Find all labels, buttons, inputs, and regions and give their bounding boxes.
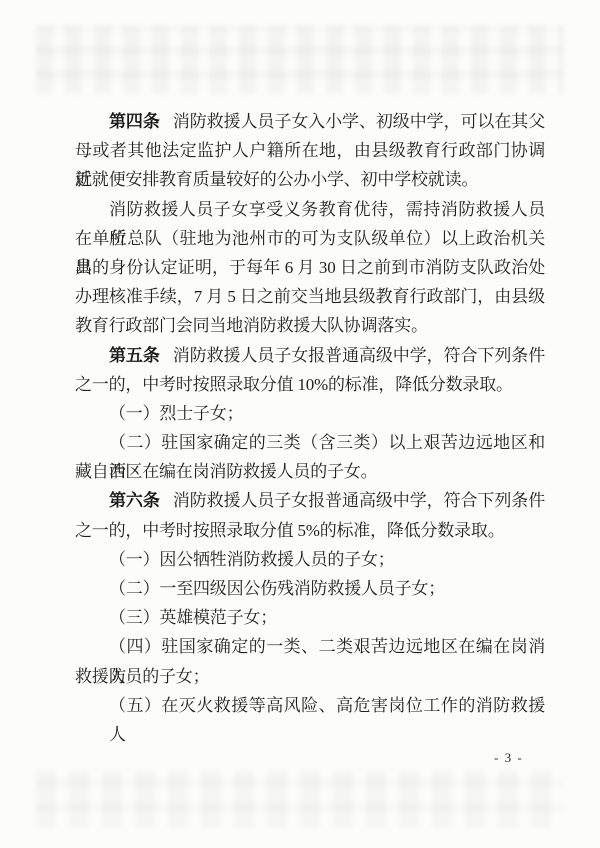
document-line: （五）在灭火救援等高风险、高危害岗位工作的消防救援人: [75, 691, 545, 720]
article-number: 第六条: [109, 491, 160, 510]
document-line: （二）驻国家确定的三类（含三类）以上艰苦边远地区和西: [75, 428, 545, 457]
article-number: 第五条: [109, 346, 160, 365]
document-line: （二）一至四级因公伤残消防救援人员子女；: [75, 574, 545, 603]
line-text: 救援人员的子女；: [75, 667, 209, 686]
line-text: 办理核准手续，7 月 5 日之前交当地县级教育行政部门，由县级: [75, 287, 545, 306]
line-text: 藏自治区在编在岗消防救援人员的子女。: [75, 462, 377, 481]
line-text: 消防救援人员子女入小学、初级中学，可以在其父: [173, 112, 545, 131]
document-line: （四）驻国家确定的一类、二类艰苦边远地区在编在岗消防: [75, 632, 545, 661]
line-text: 之一的，中考时按照录取分值 5%的标准，降低分数录取。: [75, 521, 505, 540]
document-line: 消防救援人员子女享受义务教育优待，需持消防救援人员所: [75, 195, 545, 224]
line-text: （一）烈士子女；: [109, 404, 243, 423]
document-line: （一）烈士子女；: [75, 399, 545, 428]
article-number: 第四条: [109, 112, 160, 131]
document-line: 之一的，中考时按照录取分值 10%的标准，降低分数录取。: [75, 370, 545, 399]
article-heading-line: 第五条消防救援人员子女报普通高级中学，符合下列条件: [75, 341, 545, 370]
document-line: 之一的，中考时按照录取分值 5%的标准，降低分数录取。: [75, 516, 545, 545]
line-text: （一）因公牺牲消防救援人员的子女；: [109, 550, 395, 569]
scanned-document-page: 第四条消防救援人员子女入小学、初级中学，可以在其父母或者其他法定监护人户籍所在地…: [0, 0, 600, 848]
page-number: - 3 -: [494, 750, 523, 766]
line-text: （五）在灭火救援等高风险、高危害岗位工作的消防救援人: [109, 696, 545, 744]
line-text: 近就便安排教育质量较好的公办小学、初中学校就读。: [75, 170, 478, 189]
line-text: 消防救援人员子女报普通高级中学，符合下列条件: [173, 346, 545, 365]
document-line: （一）因公牺牲消防救援人员的子女；: [75, 545, 545, 574]
document-line: 救援人员的子女；: [75, 662, 545, 691]
document-line: （三）英雄模范子女；: [75, 603, 545, 632]
document-line: 办理核准手续，7 月 5 日之前交当地县级教育行政部门，由县级: [75, 282, 545, 311]
line-text: 具的身份认定证明，于每年 6 月 30 日之前到市消防支队政治处: [75, 258, 545, 277]
document-body: 第四条消防救援人员子女入小学、初级中学，可以在其父母或者其他法定监护人户籍所在地…: [75, 107, 545, 720]
document-line: 近就便安排教育质量较好的公办小学、初中学校就读。: [75, 165, 545, 194]
document-line: 在单位总队（驻地为池州市的可为支队级单位）以上政治机关出: [75, 224, 545, 253]
document-line: 藏自治区在编在岗消防救援人员的子女。: [75, 457, 545, 486]
article-heading-line: 第四条消防救援人员子女入小学、初级中学，可以在其父: [75, 107, 545, 136]
scan-artifact-top: [36, 26, 564, 94]
line-text: （二）一至四级因公伤残消防救援人员子女；: [109, 579, 445, 598]
article-heading-line: 第六条消防救援人员子女报普通高级中学，符合下列条件: [75, 486, 545, 515]
line-text: 之一的，中考时按照录取分值 10%的标准，降低分数录取。: [75, 375, 513, 394]
document-line: 教育行政部门会同当地消防救援大队协调落实。: [75, 311, 545, 340]
document-line: 母或者其他法定监护人户籍所在地，由县级教育行政部门协调就: [75, 136, 545, 165]
document-line: 具的身份认定证明，于每年 6 月 30 日之前到市消防支队政治处: [75, 253, 545, 282]
line-text: （三）英雄模范子女；: [109, 608, 277, 627]
line-text: 教育行政部门会同当地消防救援大队协调落实。: [75, 316, 428, 335]
line-text: 消防救援人员子女报普通高级中学，符合下列条件: [173, 491, 545, 510]
scan-artifact-bottom: [36, 770, 564, 828]
